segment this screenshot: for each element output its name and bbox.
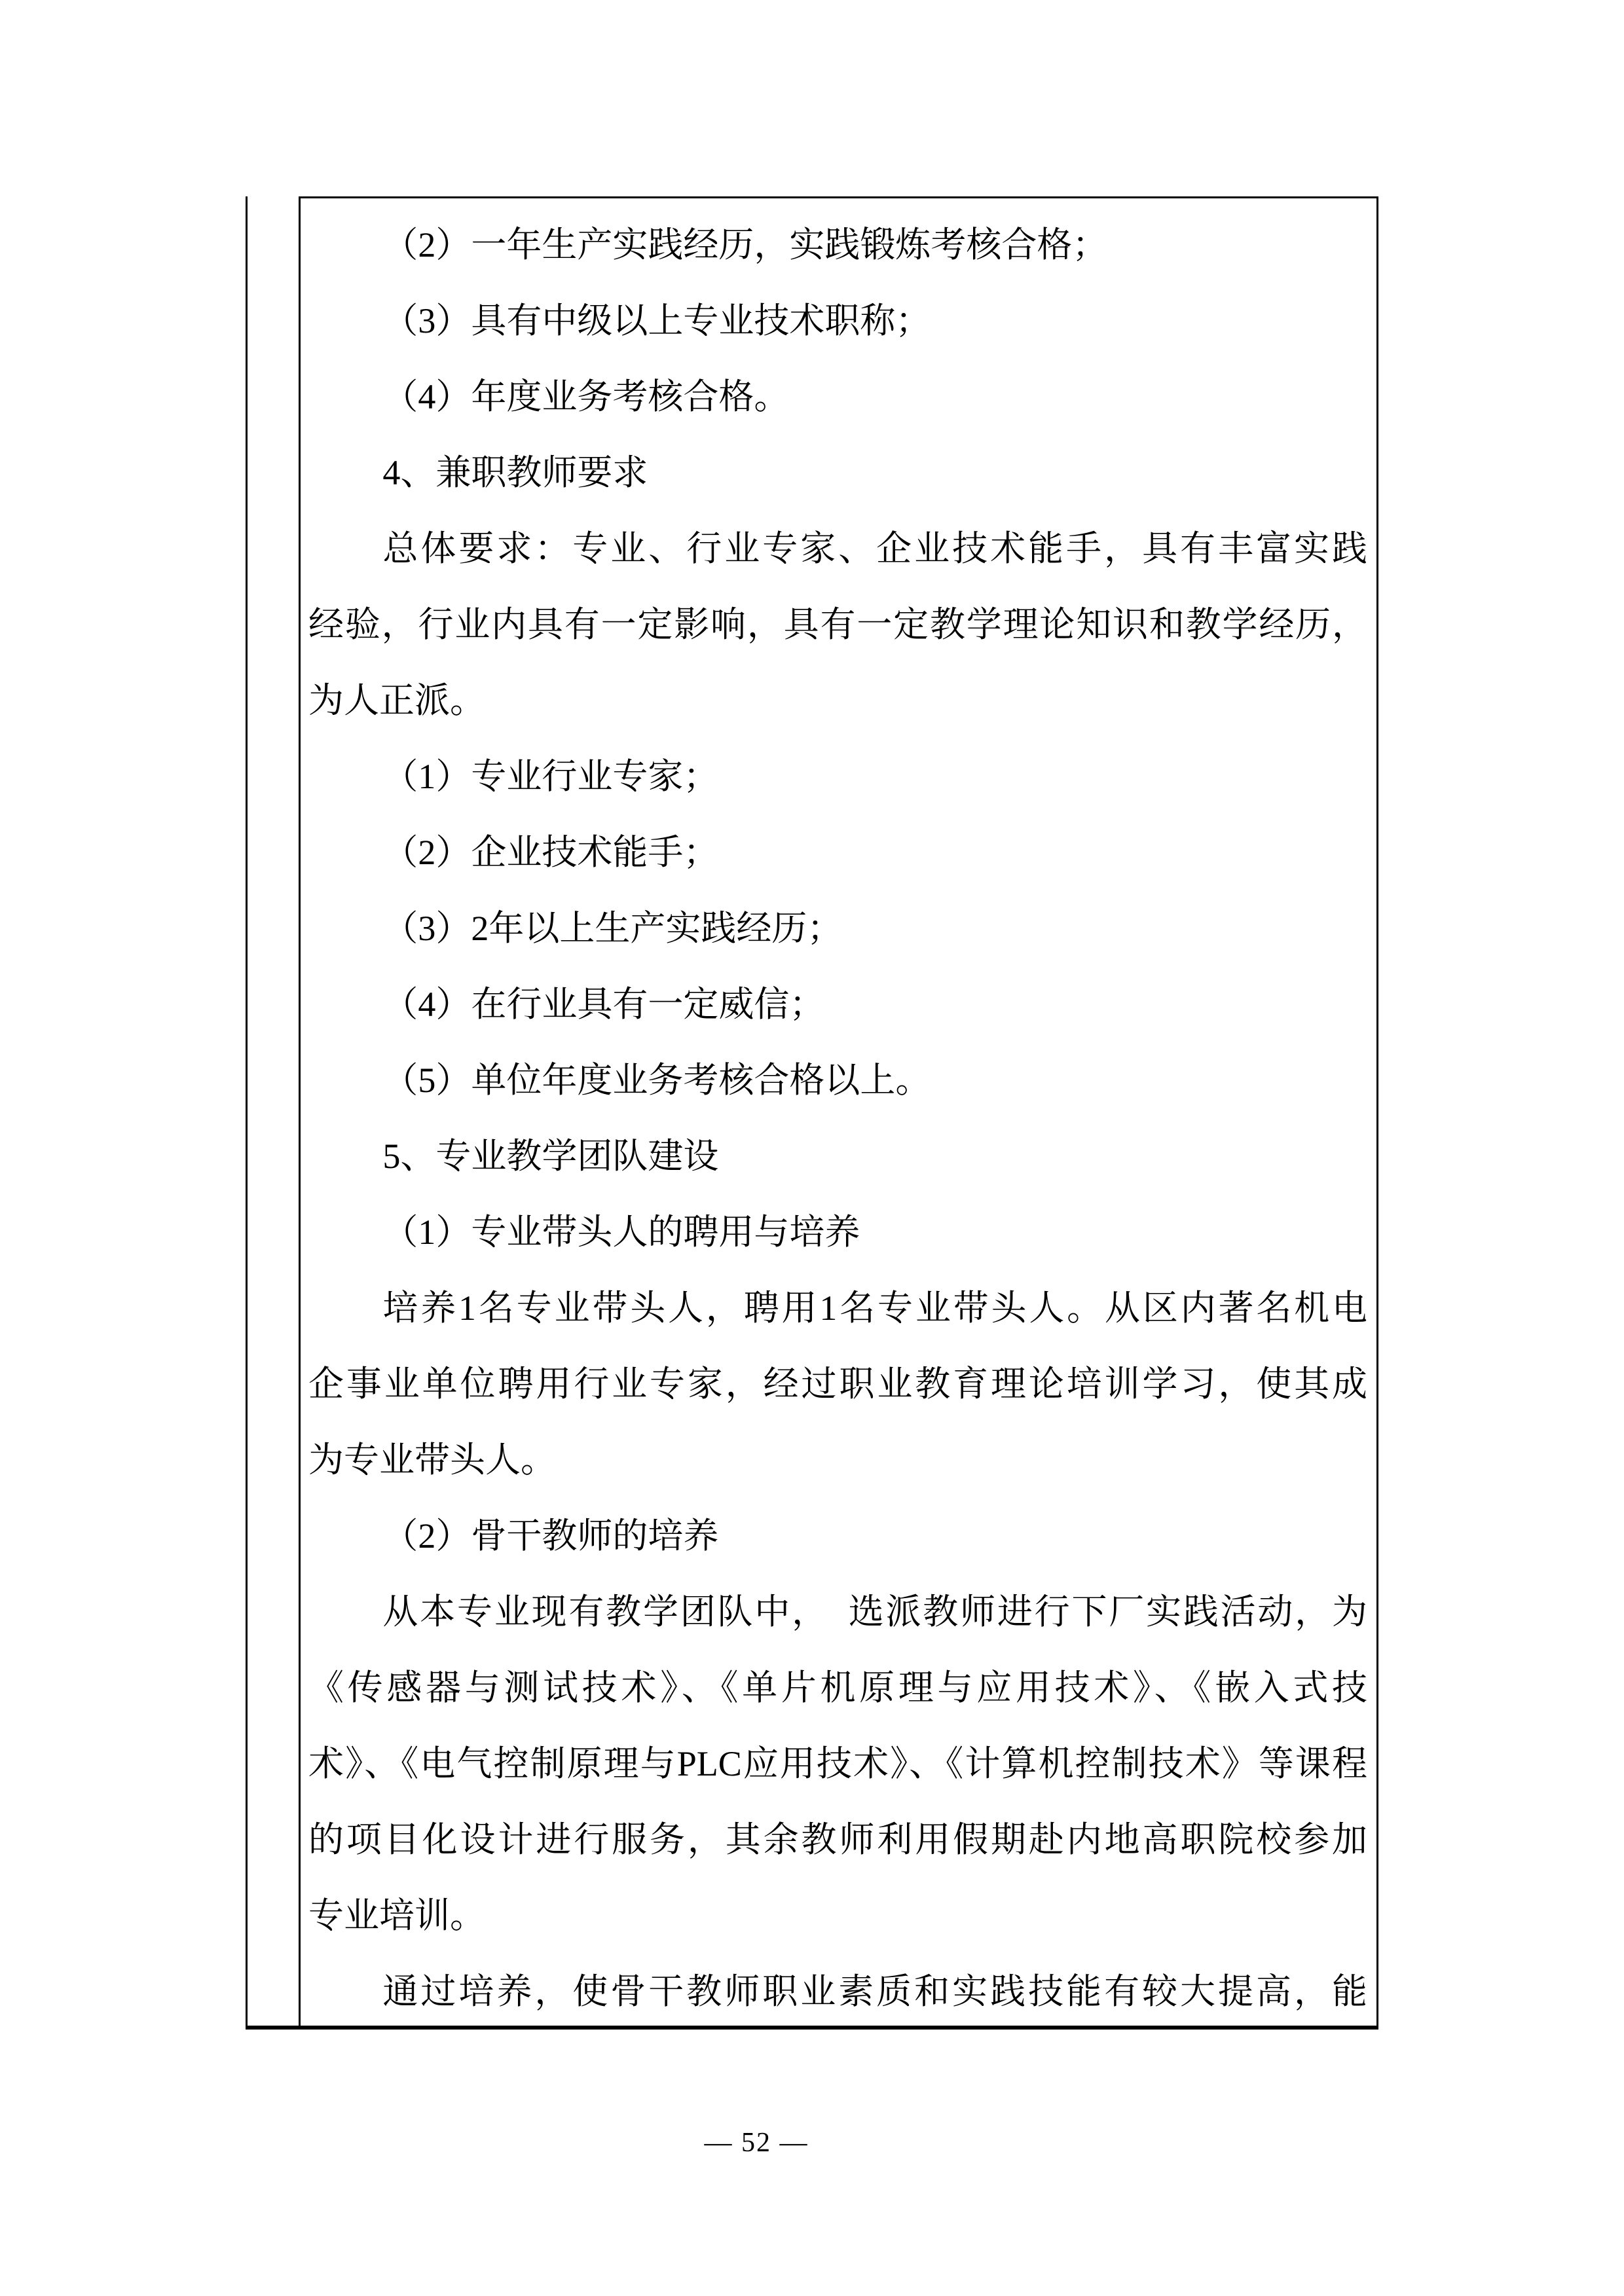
text-line: （4）在行业具有一定威信；: [308, 966, 1367, 1042]
text-line: 专业培训。: [308, 1878, 1367, 1954]
text-line: 企事业单位聘用行业专家，经过职业教育理论培训学习，使其成: [308, 1346, 1367, 1422]
document-page: （2）一年生产实践经历，实践锻炼考核合格；（3）具有中级以上专业技术职称；（4）…: [0, 0, 1624, 2296]
text-line: 总体要求：专业、行业专家、企业技术能手，具有丰富实践: [308, 511, 1367, 587]
requirements-table: （2）一年生产实践经历，实践锻炼考核合格；（3）具有中级以上专业技术职称；（4）…: [246, 196, 1378, 2030]
table-content-cell: （2）一年生产实践经历，实践锻炼考核合格；（3）具有中级以上专业技术职称；（4）…: [301, 196, 1378, 2026]
text-line: （4）年度业务考核合格。: [308, 359, 1367, 435]
text-line: 从本专业现有教学团队中， 选派教师进行下厂实践活动，为: [308, 1574, 1367, 1650]
text-line: 5、专业教学团队建设: [308, 1118, 1367, 1194]
page-number: — 52 —: [705, 2126, 809, 2159]
text-line: 培养1名专业带头人，聘用1名专业带头人。从区内著名机电: [308, 1270, 1367, 1346]
text-line: （2）一年生产实践经历，实践锻炼考核合格；: [308, 207, 1367, 283]
text-line: （5）单位年度业务考核合格以上。: [308, 1042, 1367, 1118]
text-line: （2）骨干教师的培养: [308, 1498, 1367, 1574]
text-line: （3）2年以上生产实践经历；: [308, 890, 1367, 966]
table-stub-column: [248, 196, 301, 2026]
text-line: 《传感器与测试技术》、《单片机原理与应用技术》、《嵌入式技: [308, 1650, 1367, 1726]
text-line: 经验，行业内具有一定影响，具有一定教学理论知识和教学经历，: [308, 587, 1367, 663]
text-line: 为人正派。: [308, 663, 1367, 738]
text-line: （2）企业技术能手；: [308, 814, 1367, 890]
text-line: 通过培养，使骨干教师职业素质和实践技能有较大提高，能: [308, 1954, 1367, 2026]
text-line: 4、兼职教师要求: [308, 435, 1367, 511]
text-line: 术》、《电气控制原理与PLC应用技术》、《计算机控制技术》等课程: [308, 1726, 1367, 1802]
text-line: （3）具有中级以上专业技术职称；: [308, 283, 1367, 359]
text-line: 的项目化设计进行服务，其余教师利用假期赴内地高职院校参加: [308, 1802, 1367, 1878]
text-line: （1）专业行业专家；: [308, 738, 1367, 814]
text-line: 为专业带头人。: [308, 1422, 1367, 1498]
text-line: （1）专业带头人的聘用与培养: [308, 1194, 1367, 1270]
